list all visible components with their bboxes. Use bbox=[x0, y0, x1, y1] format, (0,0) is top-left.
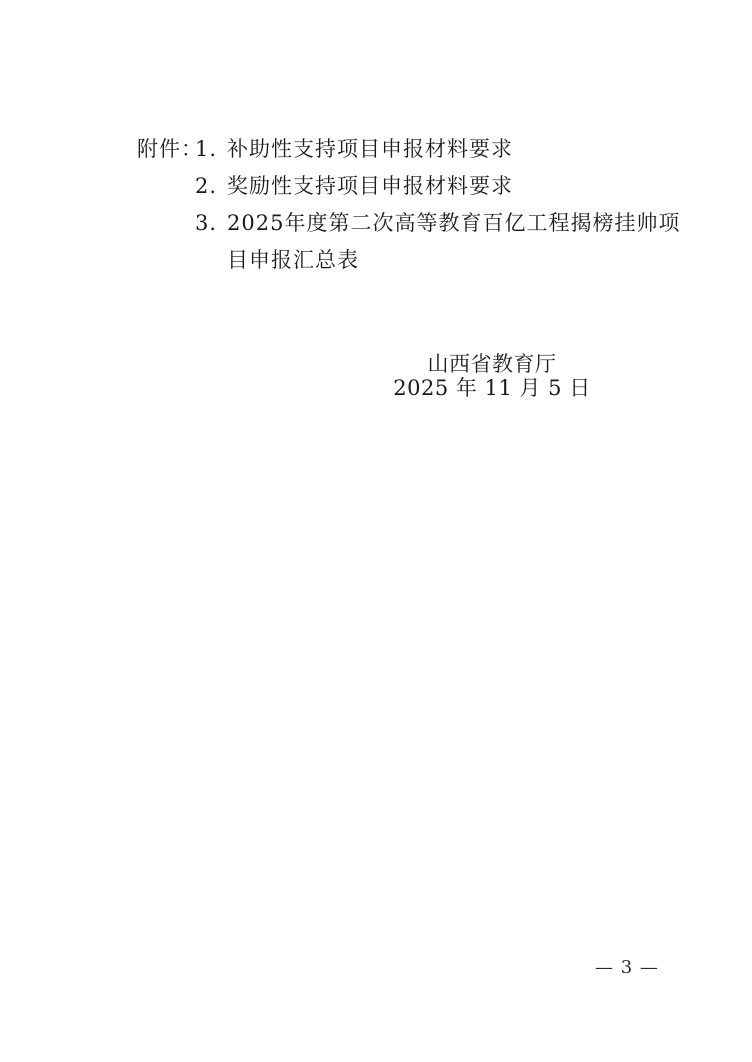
attachment-label: 附件： bbox=[137, 131, 195, 168]
attachment-item-title: 2025年度第二次高等教育百亿工程揭榜挂帅项目申报汇总表 bbox=[227, 205, 697, 279]
attachment-list: 1. 补助性支持项目申报材料要求 2. 奖励性支持项目申报材料要求 3. 202… bbox=[195, 131, 697, 279]
attachment-item: 2. 奖励性支持项目申报材料要求 bbox=[195, 168, 697, 205]
signature-block: 山西省教育厅 2025 年 11 月 5 日 bbox=[382, 352, 602, 400]
attachment-item-number: 2. bbox=[195, 168, 227, 205]
page-number: — 3 — bbox=[595, 957, 659, 978]
signature-date: 2025 年 11 月 5 日 bbox=[382, 376, 602, 400]
attachment-item: 3. 2025年度第二次高等教育百亿工程揭榜挂帅项目申报汇总表 bbox=[195, 205, 697, 279]
signature-organization: 山西省教育厅 bbox=[382, 352, 602, 376]
attachment-item-number: 3. bbox=[195, 205, 227, 242]
attachment-item-title: 补助性支持项目申报材料要求 bbox=[227, 131, 697, 168]
attachment-item-title: 奖励性支持项目申报材料要求 bbox=[227, 168, 697, 205]
attachment-section: 附件： 1. 补助性支持项目申报材料要求 2. 奖励性支持项目申报材料要求 3.… bbox=[137, 131, 697, 279]
attachment-item: 1. 补助性支持项目申报材料要求 bbox=[195, 131, 697, 168]
attachment-item-number: 1. bbox=[195, 131, 227, 168]
document-page: 附件： 1. 补助性支持项目申报材料要求 2. 奖励性支持项目申报材料要求 3.… bbox=[0, 0, 752, 1062]
